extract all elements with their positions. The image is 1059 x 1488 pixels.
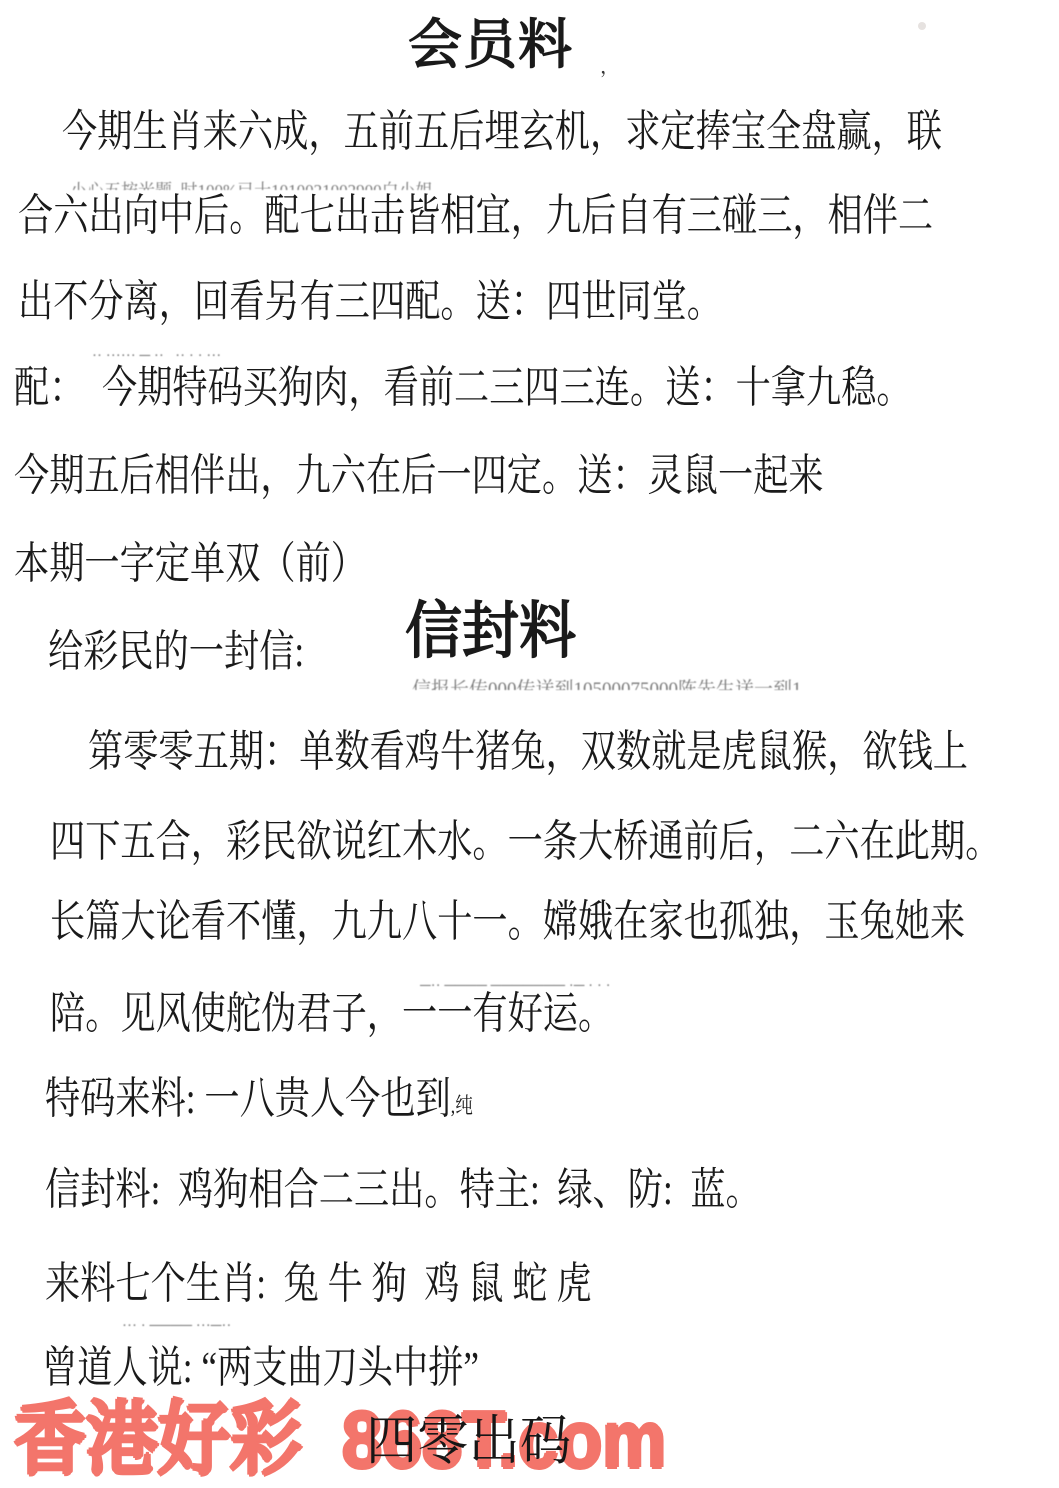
member-line-6: 本期一字定单双（前） [14, 540, 366, 588]
blur-artifact-1: 小心五按光题 时100%已十1010021002900白小姐 [70, 176, 550, 190]
member-line-3: 出不分离，回看另有三四配。送：四世同堂。 [18, 278, 722, 326]
special-suffix: ,纯 [451, 1093, 473, 1118]
member-line-5: 今期五后相伴出，九六在后一四定。送：灵鼠一起来 [14, 452, 824, 500]
envelope-line-1: 第零零五期：单数看鸡牛猪兔，双数就是虎鼠猴，欲钱上 [88, 728, 968, 776]
envelope-line-6: 信封料: 鸡狗相合二三出。特主: 绿、防: 蓝。 [45, 1166, 761, 1214]
envelope-line-3: 长篇大论看不懂，九九八十一。嫦娥在家也孤独，玉兔她来 [50, 898, 965, 946]
special-text: 特码来料: 一八贵人今也到 [45, 1074, 451, 1123]
envelope-section-title: 信封料 [405, 598, 576, 666]
scanned-document-page: 会员料 ， 今期生肖来六成，五前五后埋玄机，求定捧宝全盘赢，联 小心五按光题 时… [0, 0, 1059, 1488]
envelope-line-2: 四下五合，彩民欲说红木水。一条大桥通前后，二六在此期。 [50, 818, 1000, 866]
envelope-intro: 给彩民的一封信: [48, 628, 304, 676]
envelope-special-line: 特码来料: 一八贵人今也到,纯 [45, 1075, 473, 1123]
dot-artifact-1: ·· ······ ─ ·· ·· · · ··· [92, 348, 221, 360]
envelope-line-4: 陪。见风使舵伪君子，一一有好运。 [50, 990, 613, 1038]
member-section-title: 会员料 [408, 16, 573, 75]
dot-artifact-3: ··· · ──── ···─·· [122, 1318, 231, 1330]
envelope-line-7: 来料七个生肖: 兔 牛 狗 鸡 鼠 蛇 虎 [45, 1260, 592, 1308]
blur-artifact-2: 信报长传000传送到10500075000陈先生送一到1 [412, 674, 892, 690]
title-comma-mark: ， [600, 56, 620, 78]
member-line-4: 配： 今期特码买狗肉，看前二三四三连。送：十拿九稳。 [14, 364, 912, 412]
scan-smudge [918, 22, 926, 30]
footer-overlay-title: 四零出码 [366, 1412, 571, 1471]
envelope-line-8: 曾道人说: “两支曲刀头中拼” [42, 1344, 479, 1392]
member-line-1: 今期生肖来六成，五前五后埋玄机，求定捧宝全盘赢，联 [62, 108, 942, 156]
member-line-2: 合六出向中后。配七出击皆相宜，九后自有三碰三，相伴二 [18, 192, 933, 240]
